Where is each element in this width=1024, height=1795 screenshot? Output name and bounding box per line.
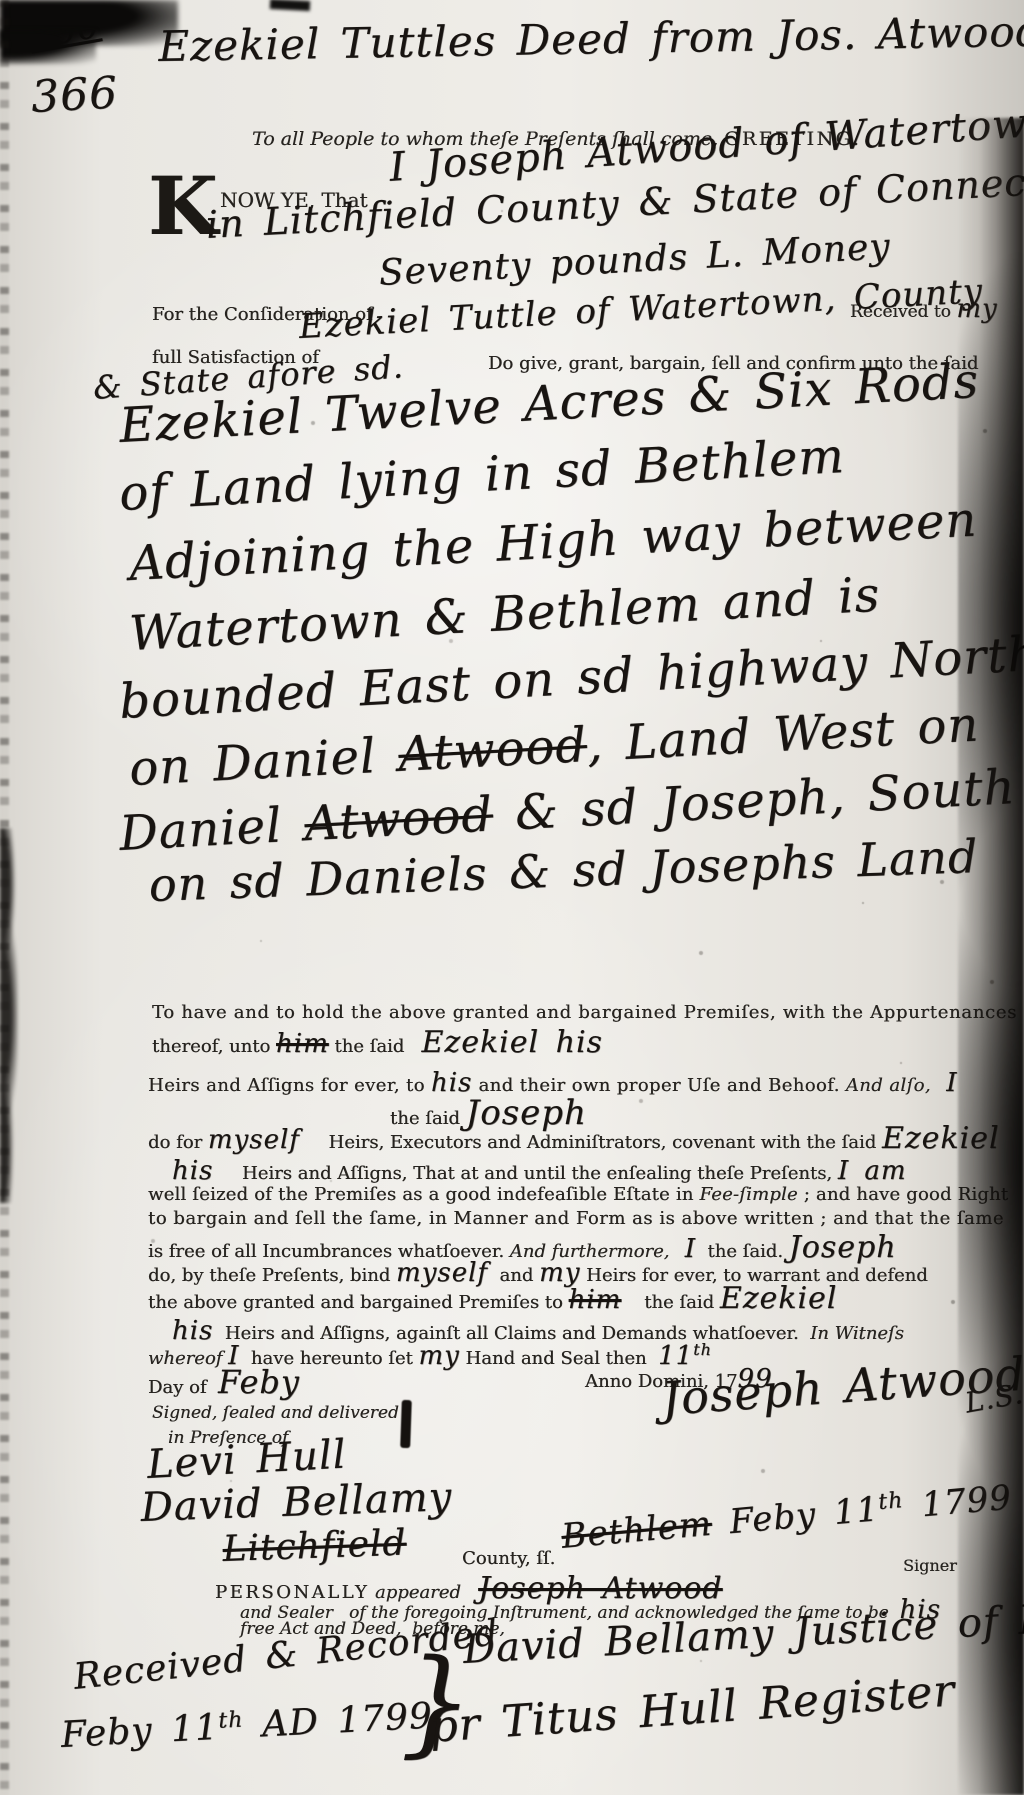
covenant-line-1-text: do for	[148, 1132, 208, 1153]
scan-artifact-left-patch	[0, 828, 18, 1203]
county-name-struck: Litchfield	[222, 1526, 407, 1568]
witness-clause-1: Signed, ſealed and delivered	[152, 1405, 399, 1422]
warranty-line-4-text: th	[693, 1340, 712, 1359]
warranty-line-3-text: Heirs and Aſſigns, againſt all Claims an…	[213, 1323, 810, 1344]
page-number: 366	[30, 71, 119, 119]
warranty-line-5-text: Day of	[148, 1377, 218, 1398]
page-number-text: 366	[30, 67, 120, 122]
county-ss-print: County, ſſ.	[462, 1550, 555, 1568]
acknowledgment-place-date-text: Bethlem	[560, 1504, 714, 1557]
warranty-line-3: his Heirs and Aſſigns, againſt all Claim…	[172, 1318, 904, 1344]
premises-line-6-text: Atwood	[397, 717, 588, 783]
acknowledgment-place-date: Bethlem Feby 11th 1799	[560, 1481, 1013, 1554]
habendum-line-2-text: Ezekiel his	[422, 1025, 603, 1060]
register-signature: pr Titus Hull Register	[428, 1669, 957, 1750]
recorded-line-2-text: th	[218, 1707, 244, 1733]
deed-title: Ezekiel Tuttles Deed from Jos. Atwood	[158, 11, 1024, 68]
premises-line-7-text: Atwood	[303, 786, 494, 852]
habendum-line-3-text: Heirs and Aſſigns for ever, to	[148, 1075, 431, 1096]
witness-signature-1: Levi Hull	[146, 1435, 347, 1485]
warranty-line-2-text: Ezekiel	[720, 1281, 838, 1316]
county-ss-print-text: County, ſſ.	[462, 1548, 555, 1569]
register-signature-text: pr Titus Hull Register	[428, 1665, 957, 1753]
page-number-struck: 360	[26, 8, 103, 56]
signer-label: Signer	[903, 1558, 957, 1574]
covenant-line-1-text: Heirs, Executors and Adminiſtrators, cov…	[300, 1132, 882, 1153]
warranty-line-3-text: In Witneſs	[810, 1323, 904, 1344]
covenant-line-3-text: well ſeized of the Premiſes as a good in…	[148, 1184, 700, 1205]
premises-line-7-text: Daniel	[118, 796, 306, 862]
covenant-line-2-text: I am	[838, 1156, 907, 1186]
habendum-line-2-text: the ſaid	[329, 1036, 422, 1057]
warranty-line-2-text: the above granted and bargained Premiſes…	[148, 1292, 569, 1313]
premises-line-6-text: , Land West on	[585, 696, 980, 772]
recorded-line-2-text: Feby 11	[60, 1707, 220, 1756]
scan-artifact-top-nick	[270, 0, 310, 11]
deed-scan-page: 360Ezekiel Tuttles Deed from Jos. Atwood…	[0, 0, 1024, 1795]
habendum-line-1-text: To have and to hold the above granted an…	[152, 1002, 1017, 1023]
covenant-line-4-text: to bargain and ſell the ſame, in Manner …	[148, 1208, 1004, 1229]
covenant-line-3-text: ; and have good Right	[798, 1184, 1008, 1205]
warranty-line-2: the above granted and bargained Premiſes…	[148, 1284, 837, 1314]
habendum-line-2-text: him	[276, 1029, 329, 1059]
acknowledgment-place-date-text: Feby 11	[710, 1489, 881, 1543]
acknowledgment-place-date-text: th	[877, 1488, 904, 1515]
covenant-line-1-text: Ezekiel	[882, 1121, 1000, 1156]
county-name-struck-text: Litchfield	[222, 1523, 407, 1570]
habendum-line-2: thereof, unto him the ſaid Ezekiel his	[152, 1028, 603, 1058]
covenant-line-3-text: Fee-ſimple	[700, 1184, 798, 1205]
habendum-line-3-text: And alſo,	[846, 1075, 931, 1096]
covenant-line-5: is free of all Incumbrances whatſoever. …	[148, 1233, 897, 1263]
premises-line-6-text: on Daniel	[128, 727, 400, 797]
seal-mark: L.S.	[963, 1380, 1024, 1418]
page-number-struck-text: 360	[25, 5, 103, 58]
recorded-line-2: Feby 11th AD 1799	[60, 1699, 434, 1754]
habendum-line-3-text: I	[931, 1068, 958, 1098]
witness-signature-2-text: David Bellamy	[140, 1474, 453, 1531]
covenant-line-4: to bargain and ſell the ſame, in Manner …	[148, 1210, 1004, 1228]
covenant-line-1: do for myself Heirs, Executors and Admin…	[148, 1124, 1000, 1154]
warranty-line-1-text: do, by theſe Preſents, bind	[148, 1265, 396, 1286]
acknowledgment-place-date-text: 1799	[902, 1478, 1013, 1527]
habendum-line-2-text: thereof, unto	[152, 1036, 276, 1057]
deed-title-text: Ezekiel Tuttles Deed from Jos. Atwood	[158, 7, 1024, 71]
covenant-line-3: well ſeized of the Premiſes as a good in…	[148, 1186, 1008, 1204]
covenant-line-5-text: And furthermore,	[510, 1241, 670, 1262]
witness-clause-1-text: Signed, ſealed and delivered	[152, 1403, 399, 1423]
habendum-line-1: To have and to hold the above granted an…	[152, 1004, 1017, 1022]
warranty-line-4-text: my	[418, 1341, 459, 1371]
scan-artifact-left-edge	[0, 0, 9, 1795]
witness-signature-2: David Bellamy	[140, 1477, 453, 1528]
warranty-line-1-text: and	[488, 1265, 539, 1286]
covenant-line-2-text: Heirs and Aſſigns, That at and until the…	[213, 1163, 837, 1184]
warranty-line-2-text: him	[569, 1285, 622, 1315]
signer-label-text: Signer	[903, 1556, 957, 1575]
covenant-line-2-text: his	[172, 1156, 213, 1186]
warranty-line-5: Day of Feby	[148, 1366, 300, 1398]
warranty-line-5-text: Feby	[218, 1363, 300, 1401]
warranty-line-2-text: the ſaid	[621, 1292, 719, 1313]
covenant-line-2: his Heirs and Aſſigns, That at and until…	[172, 1158, 907, 1184]
covenant-line-5-text: the ſaid.	[696, 1241, 789, 1262]
scan-artifact-specks	[0, 0, 2, 2]
covenant-line-1-text: myself	[208, 1125, 300, 1155]
ink-mark	[400, 1400, 412, 1448]
